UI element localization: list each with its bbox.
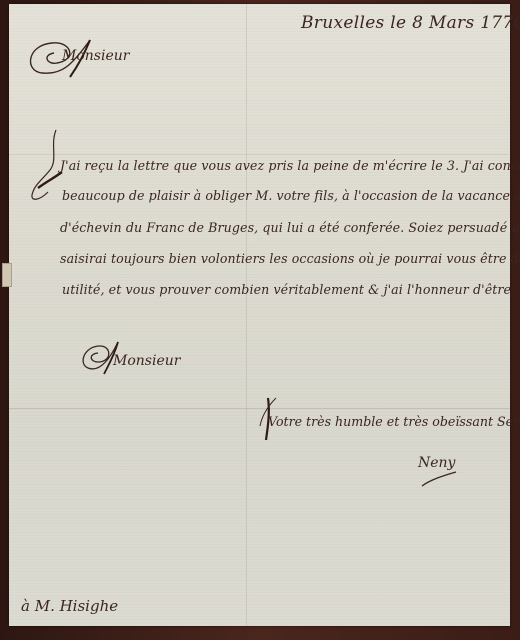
- closing-salutation: Monsieur: [113, 353, 180, 369]
- letter-sheet: [9, 4, 510, 626]
- dateline: Bruxelles le 8 Mars 1770: [301, 13, 520, 33]
- addressee: à M. Hisighe: [21, 597, 118, 615]
- fold-line: [9, 154, 510, 155]
- signature: Neny: [418, 455, 455, 471]
- body-line: utilité, et vous prouver combien véritab…: [62, 282, 511, 297]
- salutation: Monsieur: [62, 48, 129, 64]
- closing-line: Votre très humble et très obeïssant Serv…: [268, 414, 520, 429]
- body-line: J'ai reçu la lettre que vous avez pris l…: [60, 158, 520, 173]
- body-line: d'échevin du Franc de Bruges, qui lui a …: [60, 220, 520, 235]
- paper-tab: [2, 263, 12, 287]
- fold-line: [246, 4, 247, 626]
- body-line: beaucoup de plaisir à obliger M. votre f…: [62, 188, 520, 203]
- body-line: saisirai toujours bien volontiers les oc…: [60, 251, 520, 266]
- signature-paraph-icon: [420, 470, 460, 490]
